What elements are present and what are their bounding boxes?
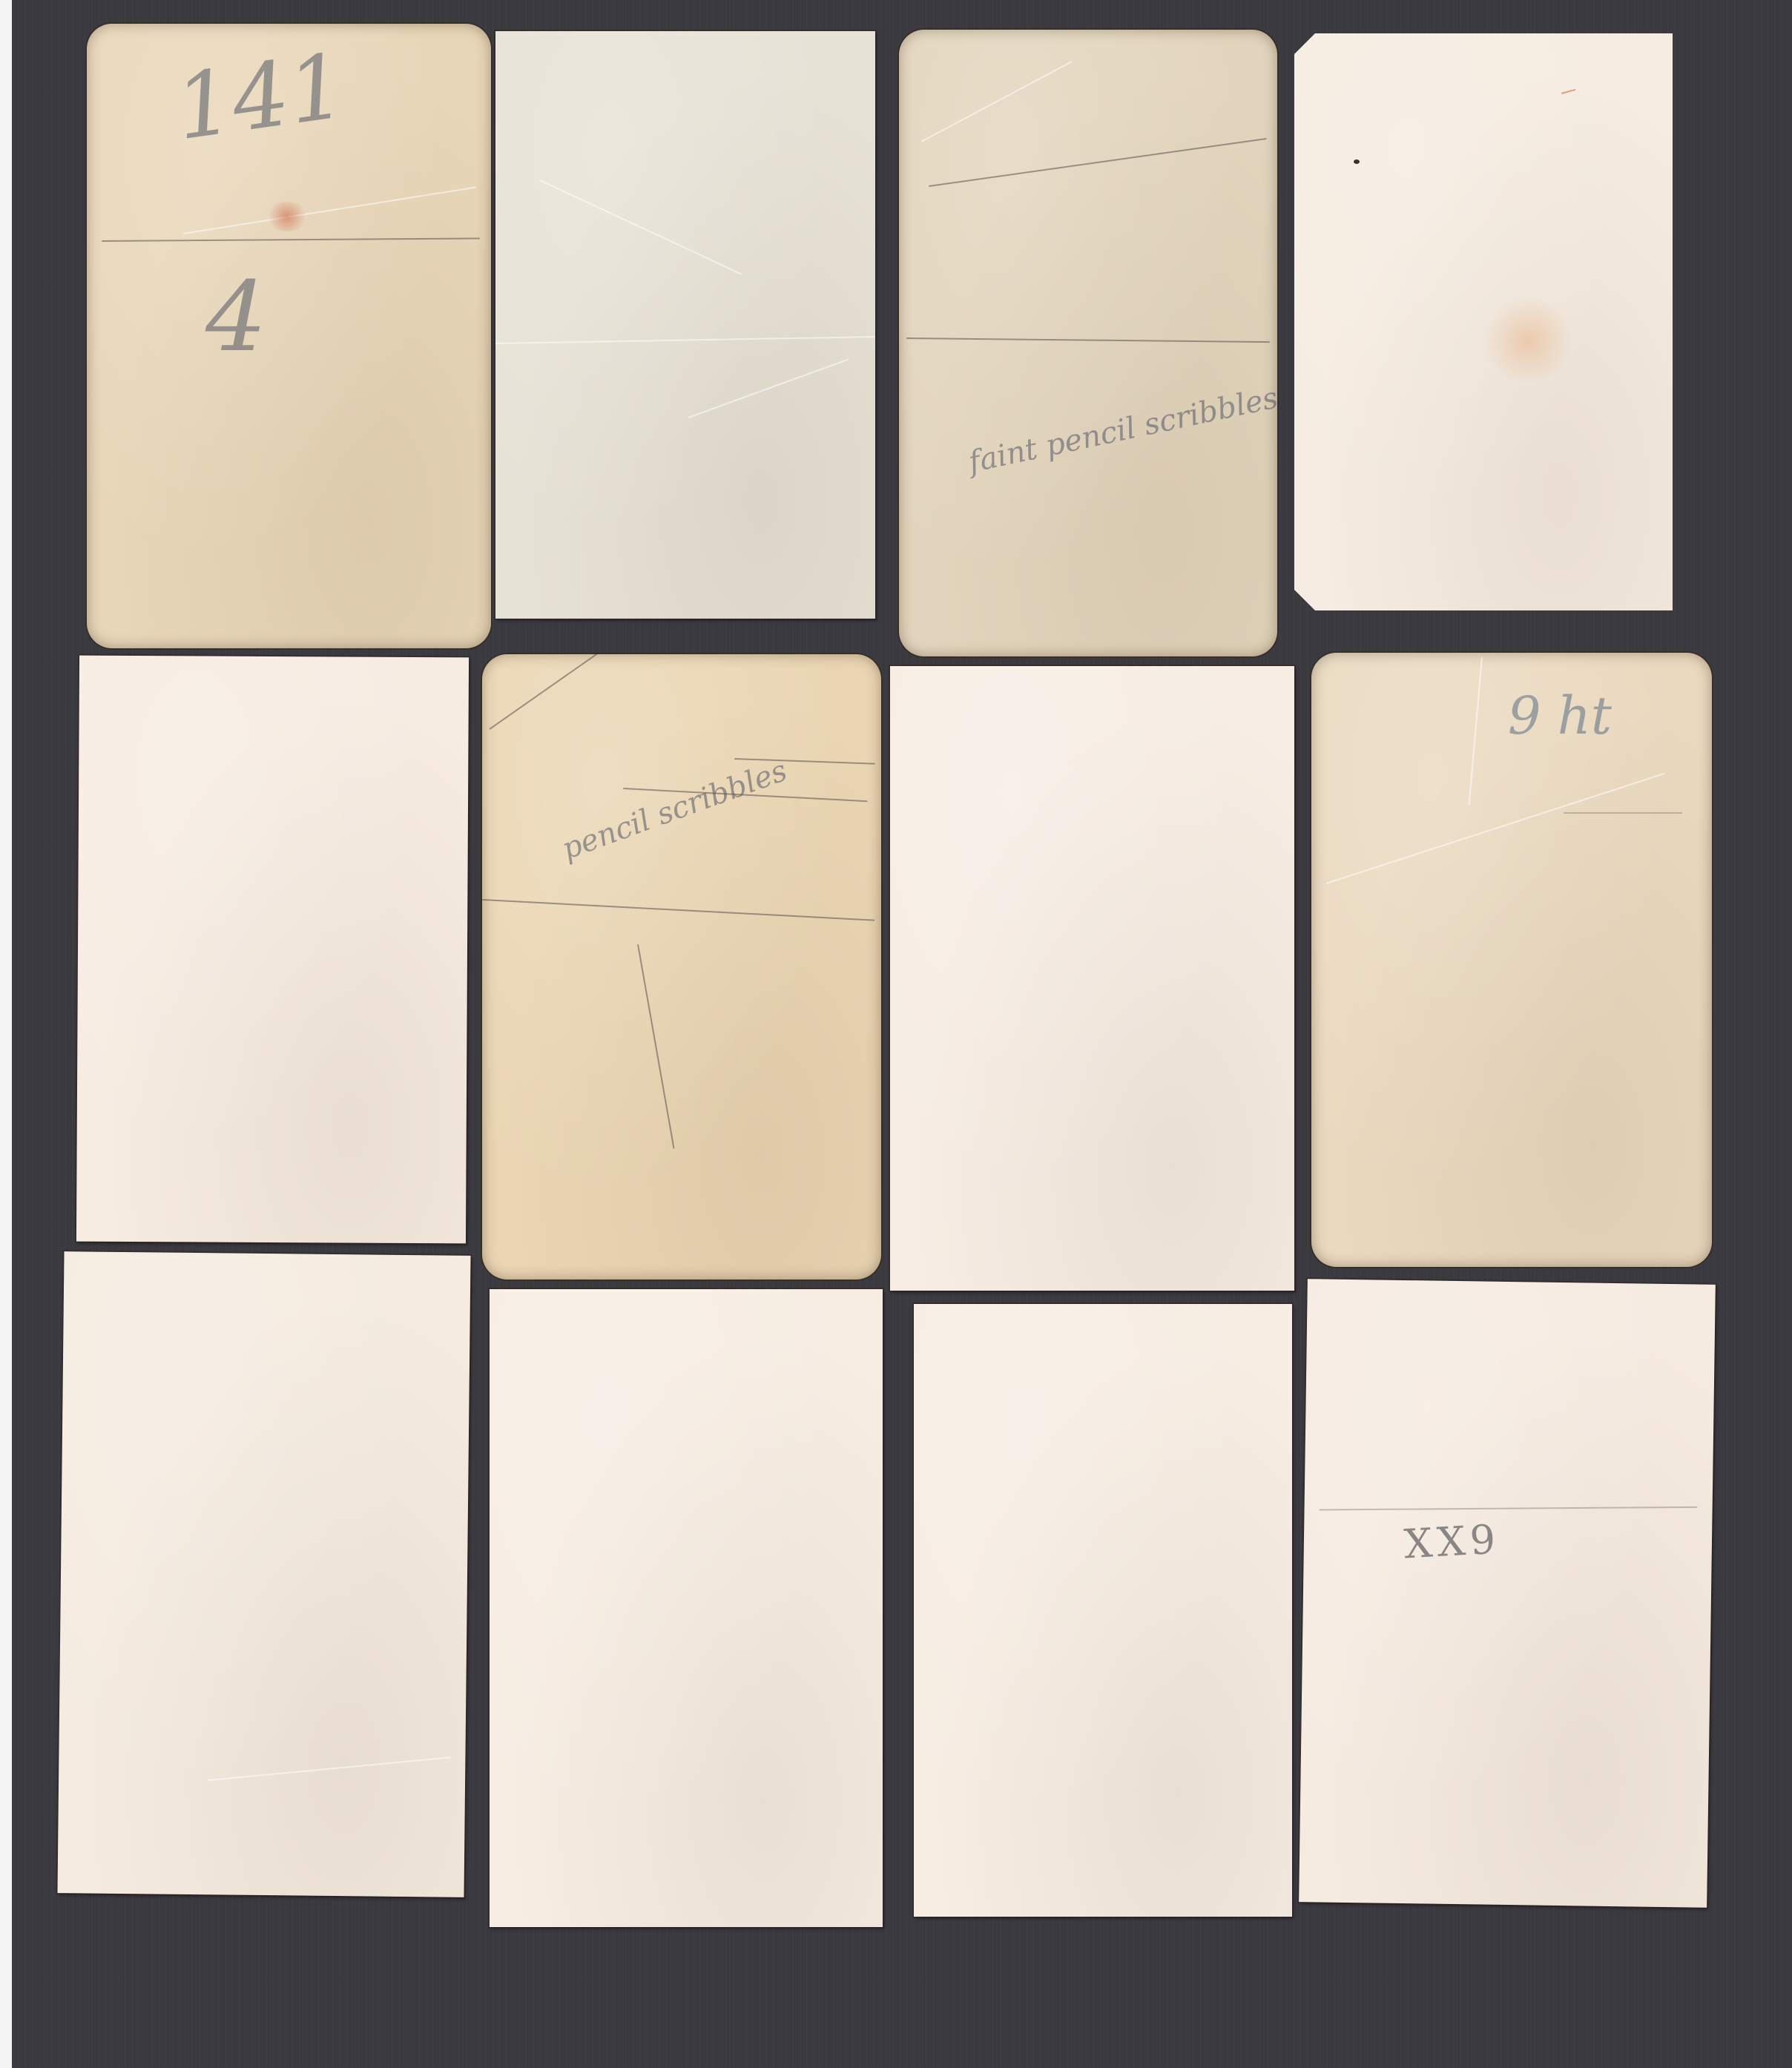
card-r2-c4: 9 ht [1311,653,1712,1267]
card-r1-c1: 141 4 [87,24,491,648]
card-r2-c2: pencil scribbles [482,654,881,1280]
handwriting-mark: XX9 [1403,1519,1501,1564]
card-r2-c1 [76,656,469,1244]
handwriting-mark: 9 ht [1508,690,1612,742]
card-r3-c1 [57,1251,470,1897]
card-r3-c4: XX9 [1299,1279,1716,1908]
card-r3-c2 [490,1289,883,1927]
handwriting-mark: 141 [171,42,352,154]
card-r1-c2 [495,31,875,619]
handwriting-mark: 4 [205,269,267,365]
card-r3-c3 [914,1304,1292,1917]
card-r1-c4 [1294,33,1673,610]
card-r2-c3 [890,666,1294,1291]
scan-edge [0,0,12,2068]
card-r1-c3: faint pencil scribbles [899,30,1277,656]
